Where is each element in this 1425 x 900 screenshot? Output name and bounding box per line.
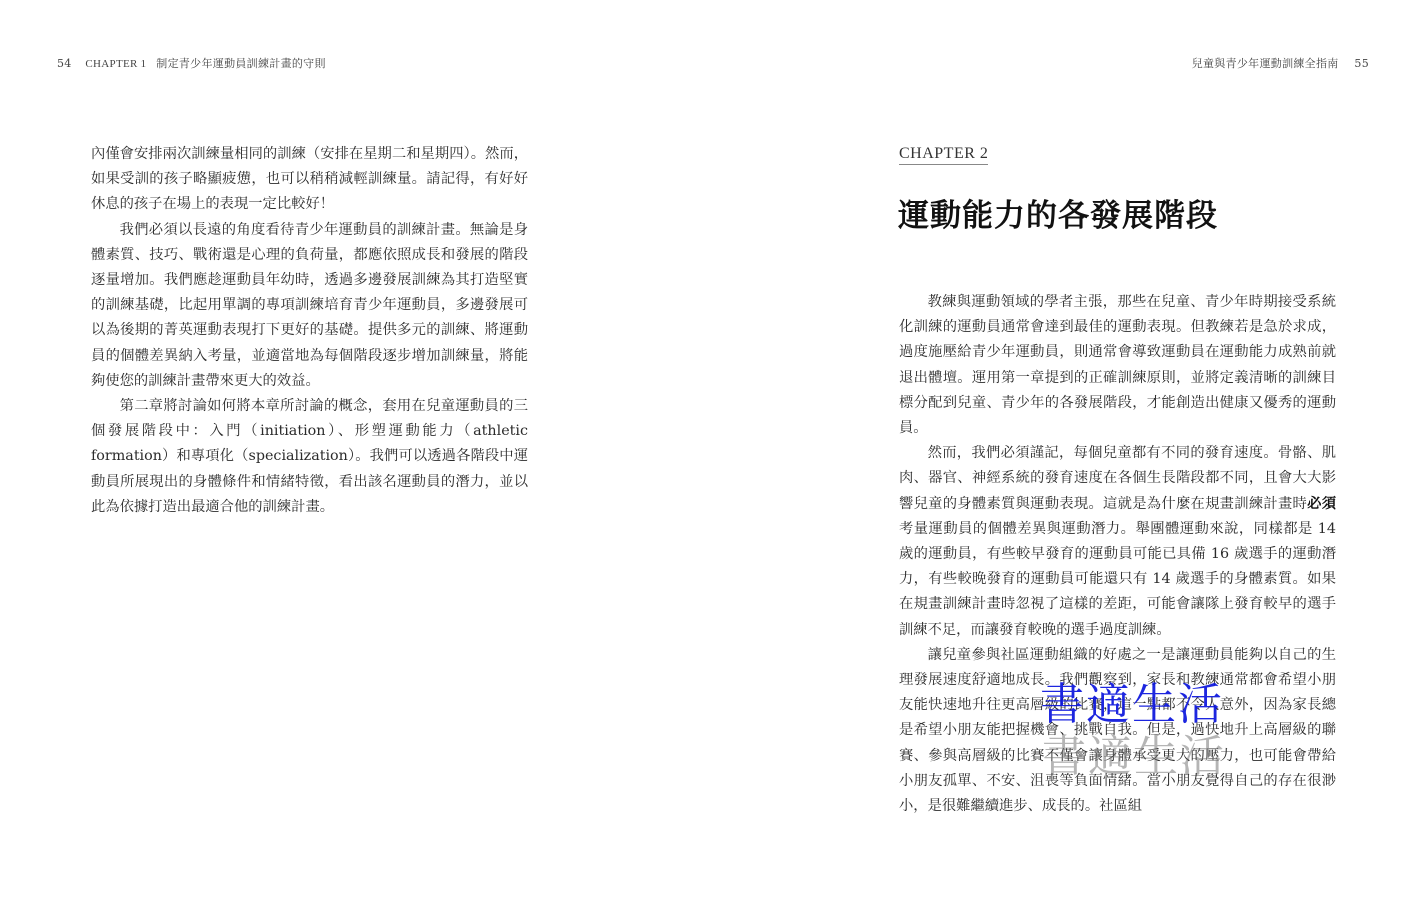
left-page-number: 54 [57, 57, 72, 70]
left-running-head: 54 CHAPTER 1 制定青少年運動員訓練計畫的守則 [57, 55, 326, 71]
paragraph-text: 考量運動員的個體差異與運動潛力。舉團體運動來說，同樣都是 14 歲的運動員，有些… [899, 521, 1336, 638]
left-chapter-title: 制定青少年運動員訓練計畫的守則 [156, 57, 326, 70]
chapter-title: 運動能力的各發展階段 [898, 190, 1218, 235]
chapter-label: CHAPTER 2 [899, 145, 988, 165]
right-page-body: 教練與運動領域的學者主張，那些在兒童、青少年時期接受系統化訓練的運動員通常會達到… [899, 290, 1336, 819]
left-chapter-label: CHAPTER 1 [85, 58, 146, 70]
book-title: 兒童與青少年運動訓練全指南 [1192, 57, 1339, 70]
right-page-number: 55 [1354, 57, 1369, 70]
paragraph: 然而，我們必須謹記，每個兒童都有不同的發育速度。骨骼、肌肉、器官、神經系統的發育… [899, 441, 1336, 643]
paragraph: 我們必須以長遠的角度看待青少年運動員的訓練計畫。無論是身體素質、技巧、戰術還是心… [91, 218, 528, 394]
paragraph: 讓兒童參與社區運動組織的好處之一是讓運動員能夠以自己的生理發展速度舒適地成長。我… [899, 643, 1336, 819]
right-running-head: 兒童與青少年運動訓練全指南 55 [1192, 55, 1369, 71]
left-page-body: 內僅會安排兩次訓練量相同的訓練（安排在星期二和星期四）。然而，如果受訓的孩子略顯… [91, 142, 528, 520]
paragraph-text: 然而，我們必須謹記，每個兒童都有不同的發育速度。骨骼、肌肉、器官、神經系統的發育… [899, 445, 1336, 511]
paragraph: 教練與運動領域的學者主張，那些在兒童、青少年時期接受系統化訓練的運動員通常會達到… [899, 290, 1336, 441]
paragraph: 內僅會安排兩次訓練量相同的訓練（安排在星期二和星期四）。然而，如果受訓的孩子略顯… [91, 142, 528, 218]
emphasis-text: 必須 [1307, 496, 1336, 512]
paragraph: 第二章將討論如何將本章所討論的概念，套用在兒童運動員的三個發展階段中：入門（in… [91, 394, 528, 520]
